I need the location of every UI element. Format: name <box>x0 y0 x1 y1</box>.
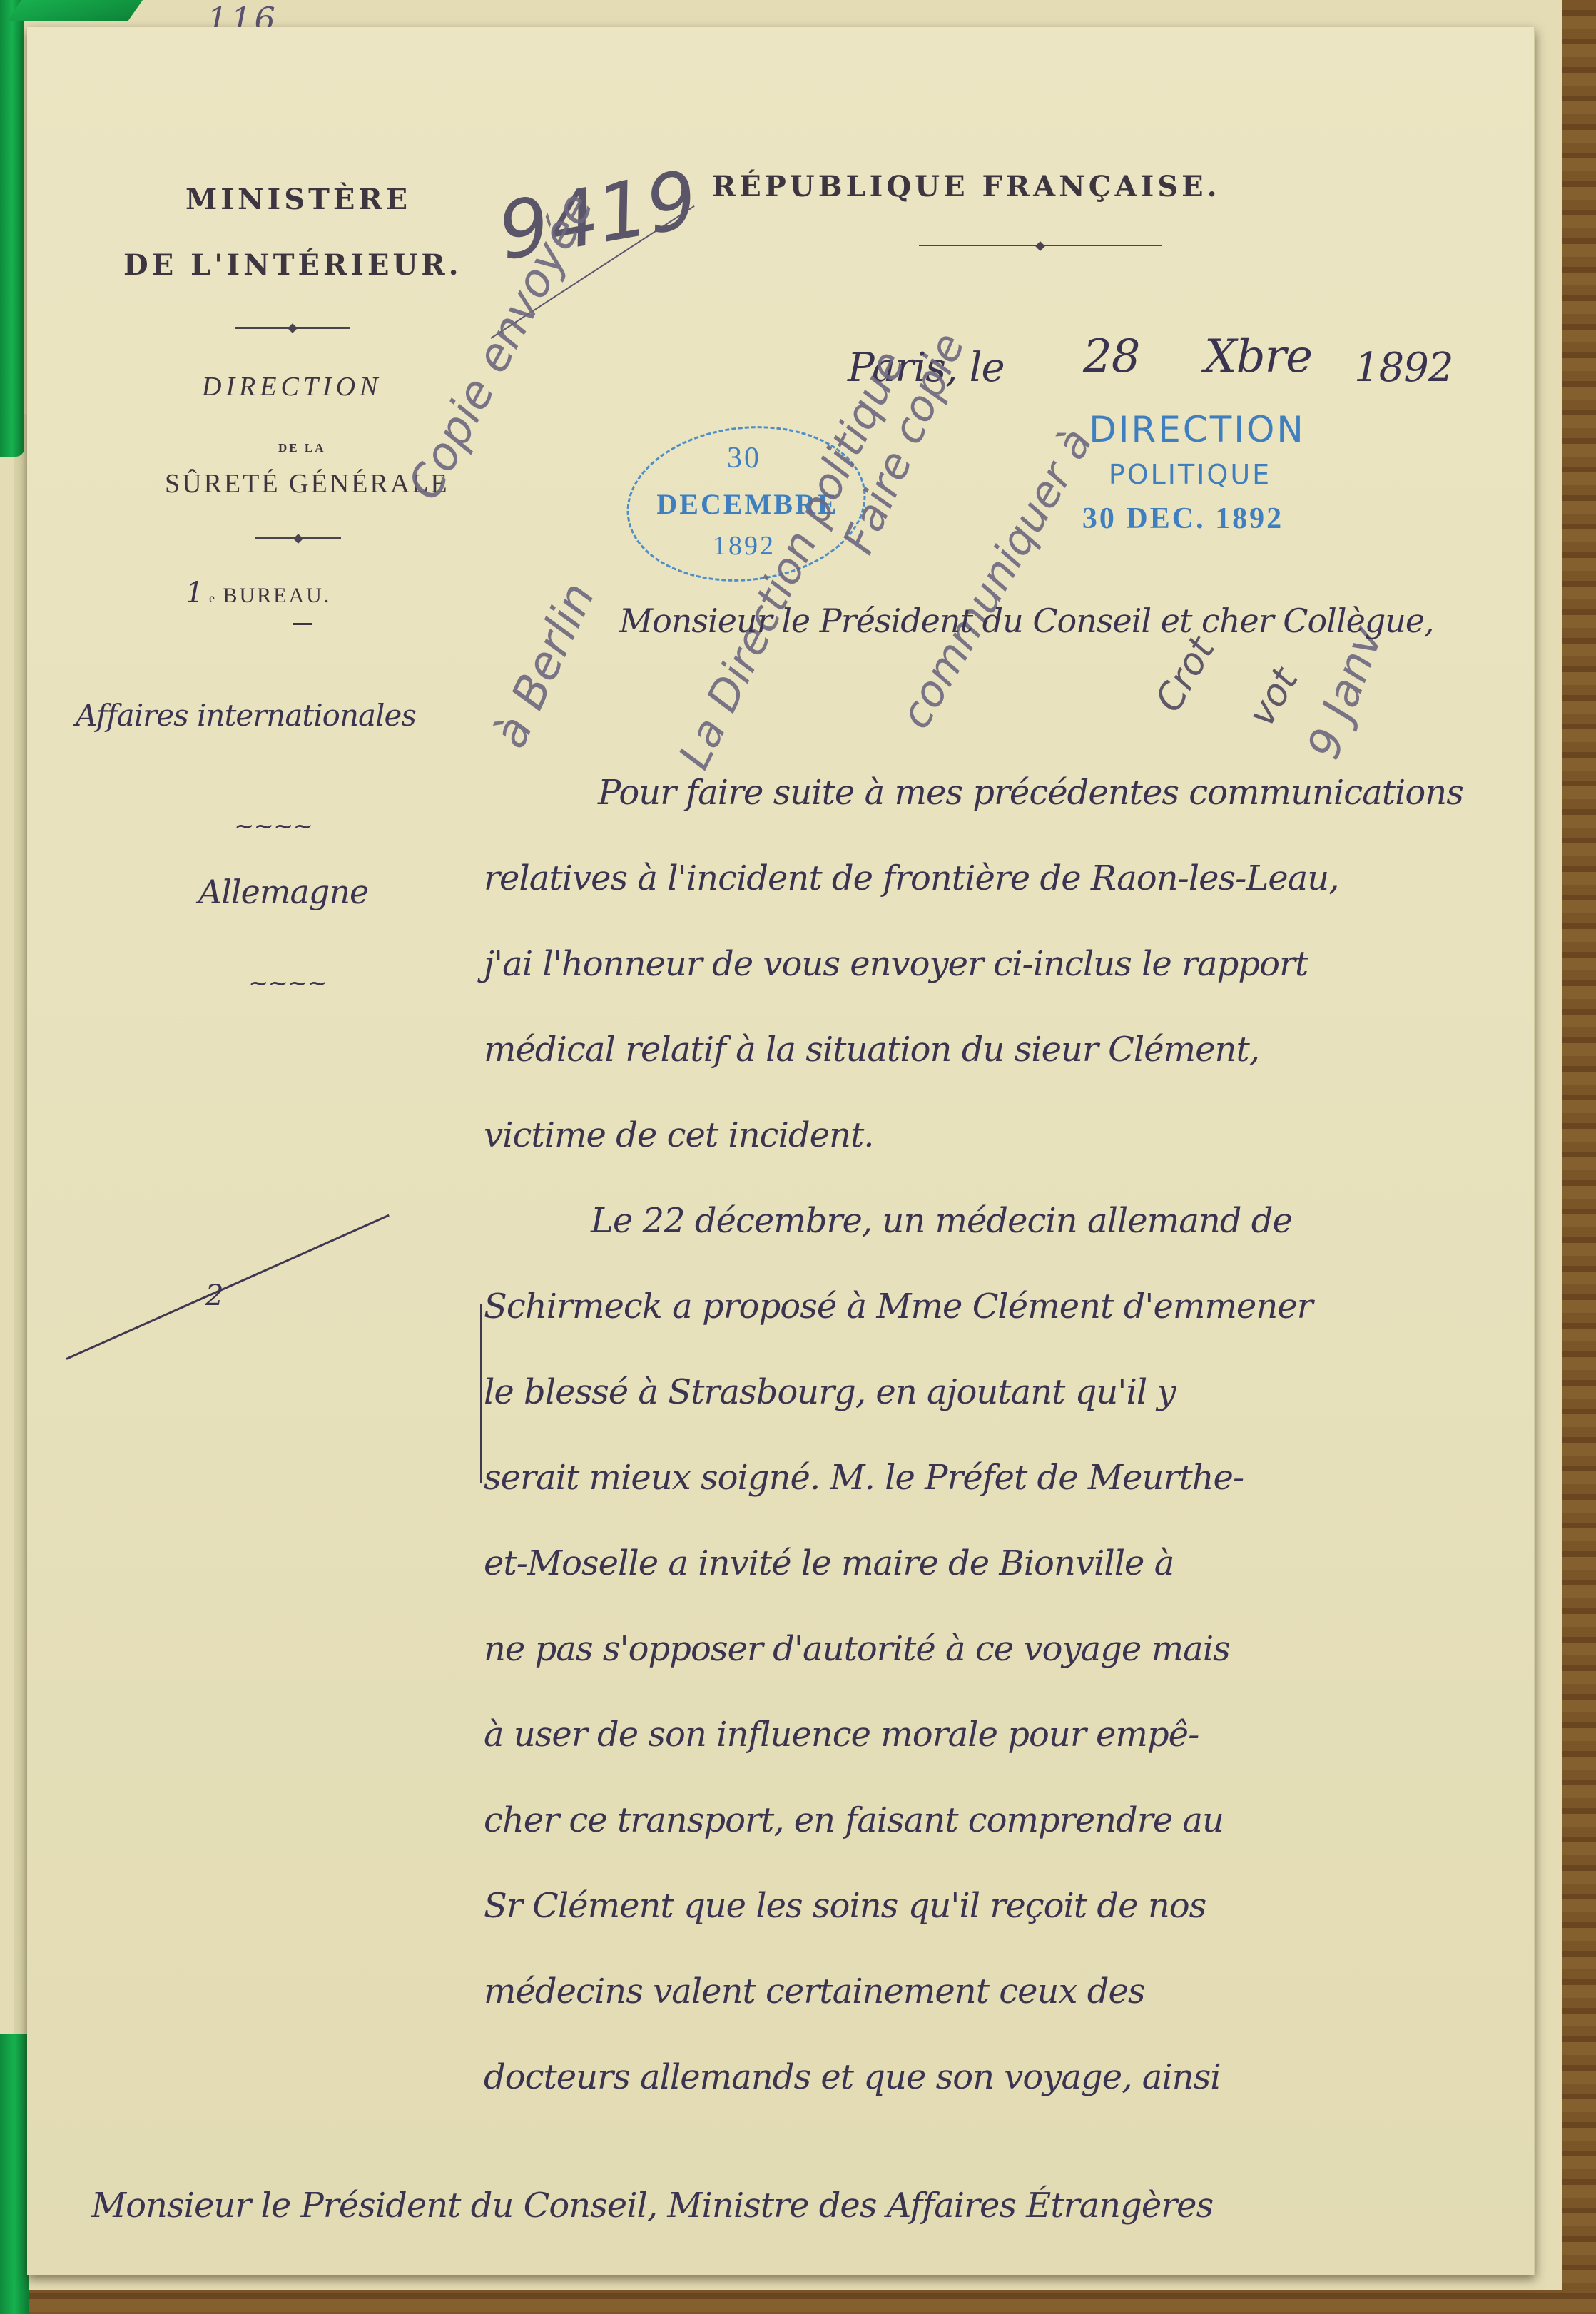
letter-sheet: MINISTÈRE DE L'INTÉRIEUR. DIRECTION DE L… <box>27 27 1535 2275</box>
margin-country: Allemagne <box>198 873 368 911</box>
bureau-suffix: e <box>209 591 217 605</box>
reception-stamp-day: 30 <box>669 441 819 475</box>
addressee: Monsieur le Président du Conseil, Minist… <box>91 2186 1213 2226</box>
bureau-number: 1 <box>185 577 203 609</box>
direction-stamp-date: 30 DEC. 1892 <box>1047 502 1318 536</box>
republic-underline <box>919 245 1162 246</box>
body-line: et-Moselle a invité le maire de Bionvill… <box>484 1543 1174 1583</box>
bureau-line: 1 e BUREAU. <box>185 577 331 609</box>
margin-flourish-1: ~~~~ <box>234 812 312 841</box>
salutation: Monsieur le Président du Conseil et cher… <box>619 602 1434 640</box>
body-line: j'ai l'honneur de vous envoyer ci-inclus… <box>484 944 1308 984</box>
margin-flourish-2: ~~~~ <box>248 969 327 998</box>
sheet-stack-edge <box>14 414 29 2269</box>
pencil-annotation-communiquer: communiquer à <box>890 420 1102 737</box>
dateline-day: 28 <box>1083 330 1139 383</box>
ministry-line-2: DE L'INTÉRIEUR. <box>123 248 462 282</box>
body-line: médecins valent certainement ceux des <box>484 1972 1145 2011</box>
dateline-month: Xbre <box>1204 330 1312 383</box>
body-line: serait mieux soigné. M. le Préfet de Meu… <box>484 1458 1244 1498</box>
bureau-label: BUREAU. <box>223 584 331 607</box>
green-ribbon-tie <box>0 0 24 457</box>
margin-bracket <box>480 1304 482 1483</box>
dateline-year: 1892 <box>1354 345 1453 391</box>
margin-category: Affaires internationales <box>76 698 416 733</box>
direction-label: DIRECTION <box>202 371 382 402</box>
ministry-line-1: MINISTÈRE <box>185 183 411 216</box>
body-line: médical relatif à la situation du sieur … <box>484 1030 1259 1070</box>
body-line: Sr Clément que les soins qu'il reçoit de… <box>484 1886 1206 1926</box>
direction-stamp-line2: POLITIQUE <box>1069 459 1311 490</box>
green-ribbon-tail <box>0 2034 29 2314</box>
body-line: cher ce transport, en faisant comprendre… <box>484 1800 1224 1840</box>
pencil-annotation-initials-1: Crot <box>1147 630 1224 719</box>
ornament-divider-small <box>255 537 341 539</box>
body-line: le blessé à Strasbourg, en ajoutant qu'i… <box>484 1372 1176 1412</box>
body-line: ne pas s'opposer d'autorité à ce voyage … <box>484 1629 1230 1669</box>
body-line: Pour faire suite à mes précédentes commu… <box>598 773 1463 813</box>
pencil-annotation-initials-2: vot <box>1240 661 1306 734</box>
body-line: victime de cet incident. <box>484 1115 874 1155</box>
body-line: docteurs allemands et que son voyage, ai… <box>484 2057 1221 2097</box>
pencil-annotation-berlin: à Berlin <box>484 575 606 756</box>
body-line: Schirmeck a proposé à Mme Clément d'emme… <box>484 1287 1313 1326</box>
body-line: à user de son influence morale pour empê… <box>484 1715 1199 1755</box>
ornament-divider <box>235 327 350 329</box>
enclosure-line <box>66 1214 389 1360</box>
enclosure-count: 2 <box>205 1279 223 1312</box>
green-ribbon-knot <box>6 0 143 21</box>
body-line: Le 22 décembre, un médecin allemand de <box>591 1201 1292 1241</box>
body-line: relatives à l'incident de frontière de R… <box>484 858 1338 898</box>
de-la-label: DE LA <box>278 441 325 455</box>
dash-divider <box>293 623 312 625</box>
pencil-annotation-date: 9 Janv <box>1297 619 1393 766</box>
republic-header: RÉPUBLIQUE FRANÇAISE. <box>712 170 1221 203</box>
